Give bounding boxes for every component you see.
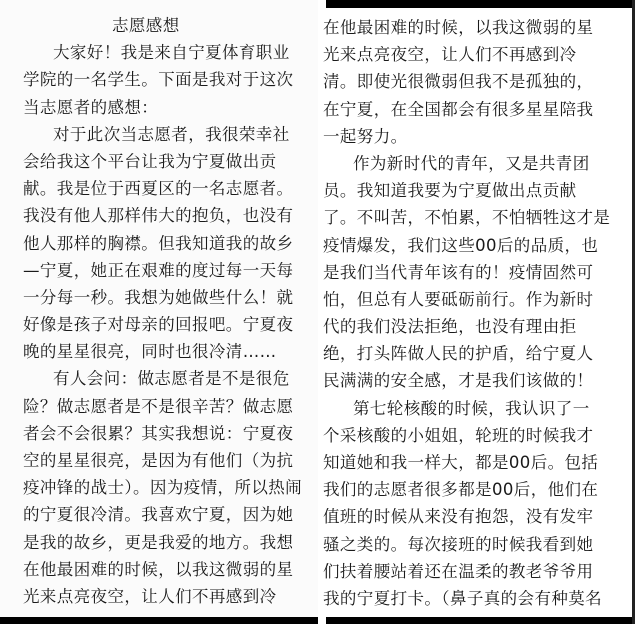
text-line: 第七轮核酸的时候，我认识了一 bbox=[323, 395, 610, 422]
text-line: 在他最困难的时候，以我这微弱的星 bbox=[323, 14, 610, 41]
text-line: 我没有他人那样伟大的抱负，也没有 bbox=[23, 202, 302, 229]
text-line: 会给我这个平台让我为宁夏做出贡 bbox=[23, 148, 302, 175]
text-line: 我的宁夏打卡。（鼻子真的会有种莫名 bbox=[323, 585, 610, 612]
text-line: 作为新时代的青年，又是共青团 bbox=[323, 150, 610, 177]
text-line: 有人会问：做志愿者是不是很危 bbox=[23, 365, 302, 392]
text-line: 绝，打头阵做人民的护盾，给宁夏人 bbox=[323, 340, 610, 367]
text-line: 空的星星很亮，是因为有他们（为抗 bbox=[23, 447, 302, 474]
text-line: 了。不叫苦，不怕累，不怕牺牲这才是 bbox=[323, 204, 610, 231]
text-line: 他人那样的胸襟。但我知道我的故乡 bbox=[23, 230, 302, 257]
text-line: 在宁夏，在全国都会有很多星星陪我 bbox=[323, 96, 610, 123]
text-line: 在他最困难的时候，以我这微弱的星 bbox=[23, 556, 302, 583]
text-line: 者会不会很累？其实我想说：宁夏夜 bbox=[23, 420, 302, 447]
text-line: —宁夏，她正在艰难的度过每一天每 bbox=[23, 257, 302, 284]
text-line: 疫冲锋的战士）。因为疫情，所以热闹 bbox=[23, 474, 302, 501]
text-line: 们扶着腰站着还在温柔的教老爷爷用 bbox=[323, 558, 610, 585]
text-line: 当志愿者的感想： bbox=[23, 94, 302, 121]
text-line: 我们的志愿者很多都是00后，他们在 bbox=[323, 476, 610, 503]
left-bottom-black-edge bbox=[0, 617, 318, 624]
text-line: 知道她和我一样大，都是00后。包括 bbox=[323, 449, 610, 476]
text-line: 代的我们没法拒绝，也没有理由拒 bbox=[323, 313, 610, 340]
right-bottom-black-edge bbox=[326, 617, 635, 624]
text-line: 一起努力。 bbox=[323, 123, 610, 150]
left-column-text: 志愿感想大家好！我是来自宁夏体育职业学院的一名学生。下面是我对于这次当志愿者的感… bbox=[23, 12, 302, 610]
right-column-text: 在他最困难的时候，以我这微弱的星光来点亮夜空，让人们不再感到冷清。即使光很微弱但… bbox=[323, 14, 610, 612]
document-title: 志愿感想 bbox=[23, 12, 302, 39]
text-line: 是我们当代青年该有的！疫情固然可 bbox=[323, 259, 610, 286]
text-line: 光来点亮夜空，让人们不再感到冷 bbox=[23, 583, 302, 610]
text-line: 民满满的安全感，才是我们该做的！ bbox=[323, 367, 610, 394]
text-line: 学院的一名学生。下面是我对于这次 bbox=[23, 66, 302, 93]
text-line: 是我的故乡，更是我爱的地方。我想 bbox=[23, 529, 302, 556]
text-line: 骚之类的。每次接班的时候我看到她 bbox=[323, 531, 610, 558]
text-line: 个采核酸的小姐姐，轮班的时候我才 bbox=[323, 422, 610, 449]
text-line: 献。我是位于西夏区的一名志愿者。 bbox=[23, 175, 302, 202]
text-line: 晚的星星很亮，同时也很冷清…… bbox=[23, 338, 302, 365]
text-line: 好像是孩子对母亲的回报吧。宁夏夜 bbox=[23, 311, 302, 338]
right-top-black-edge bbox=[326, 0, 635, 8]
text-line: 值班的时候从来没有抱怨，没有发牢 bbox=[323, 503, 610, 530]
text-line: 员。我知道我要为宁夏做出点贡献 bbox=[323, 177, 610, 204]
text-line: 对于此次当志愿者，我很荣幸社 bbox=[23, 121, 302, 148]
text-line: 怕，但总有人要砥砺前行。作为新时 bbox=[323, 286, 610, 313]
text-line: 的宁夏很冷清。我喜欢宁夏，因为她 bbox=[23, 501, 302, 528]
text-line: 疫情爆发，我们这些00后的品质，也 bbox=[323, 232, 610, 259]
text-line: 清。即使光很微弱但我不是孤独的， bbox=[323, 68, 610, 95]
text-line: 一分每一秒。我想为她做些什么！就 bbox=[23, 284, 302, 311]
text-line: 大家好！我是来自宁夏体育职业 bbox=[23, 39, 302, 66]
text-line: 险？做志愿者是不是很辛苦？做志愿 bbox=[23, 393, 302, 420]
text-line: 光来点亮夜空，让人们不再感到冷 bbox=[323, 41, 610, 68]
